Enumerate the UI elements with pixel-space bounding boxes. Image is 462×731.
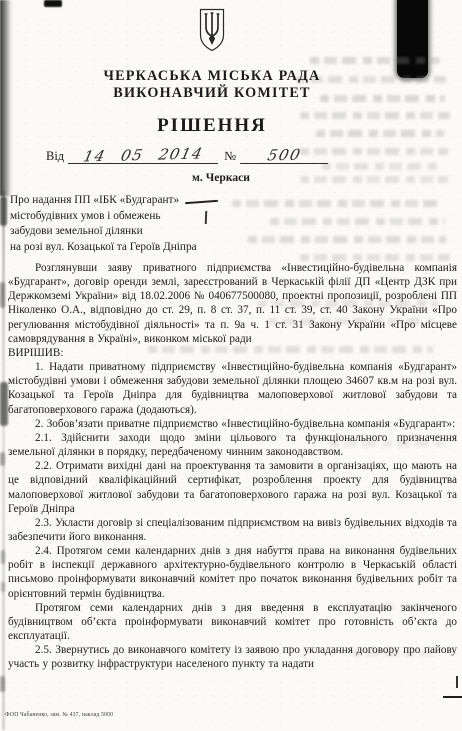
body-paragraph: 2.4. Протягом семи календарних днів з дн…: [8, 544, 457, 601]
place-line: м. Черкаси: [0, 171, 442, 184]
margin-smudge: [0, 282, 5, 308]
ukraine-trident-icon: [198, 8, 226, 52]
date-label: Від: [46, 149, 64, 163]
margin-smudge: [1, 550, 5, 564]
org-name-line1: ЧЕРКАСЬКА МІСЬКА РАДА: [0, 68, 424, 85]
footer-imprint: ФОП Чабаненко, зам. № 437, наклад 5000: [5, 711, 113, 717]
subject-line: на розі вул. Козацької та Героїв Дніпра: [10, 240, 254, 256]
body-paragraph: 2.5. Звернутись до виконавчого комітету …: [8, 643, 457, 671]
document-page: ЧЕРКАСЬКА МІСЬКА РАДА ВИКОНАВЧИЙ КОМІТЕТ…: [0, 0, 462, 731]
document-type-title: РІШЕННЯ: [0, 115, 424, 137]
page-scan: { "page": { "emblem_icon": "ukraine-trid…: [0, 0, 462, 731]
body-paragraph: Розглянувши заяву приватного підприємств…: [8, 261, 457, 346]
body-paragraph: 1. Надати приватному підприємству «Інвес…: [8, 360, 457, 417]
number-underline: 500: [240, 146, 328, 164]
bleed-through-artifact: [300, 254, 450, 261]
subject-block: Про надання ПП «ІБК «Будгарант» містобуд…: [10, 193, 254, 255]
margin-smudge: [0, 676, 5, 692]
scan-mark-artifact: [44, 0, 62, 7]
document-header: ЧЕРКАСЬКА МІСЬКА РАДА ВИКОНАВЧИЙ КОМІТЕТ…: [0, 8, 424, 137]
subject-line: містобудівних умов і обмежень: [10, 209, 254, 225]
number-value-handwritten: 500: [265, 146, 302, 165]
resolved-label: ВИРІШИВ:: [8, 346, 457, 360]
bleed-through-artifact: [248, 236, 446, 243]
pen-margin-tick-mark: [456, 676, 458, 688]
pen-end-dash-mark: [443, 696, 462, 698]
number-label: №: [224, 149, 236, 163]
body-paragraph: 2.1. Здійснити заходи щодо зміни цільово…: [8, 431, 457, 459]
document-body: Розглянувши заяву приватного підприємств…: [8, 261, 457, 672]
org-name-line2: ВИКОНАВЧИЙ КОМІТЕТ: [0, 85, 424, 102]
date-number-row: Від14 05 2014№500: [46, 146, 386, 164]
body-paragraph: 2. Зобов’язати приватне підприємство «Ін…: [8, 417, 457, 431]
date-value-handwritten: 14 05 2014: [81, 144, 205, 165]
body-paragraph: Протягом семи календарних днів з дня вве…: [8, 601, 457, 643]
margin-smudge: [0, 382, 8, 426]
bleed-through-artifact: [232, 200, 437, 207]
date-underline: 14 05 2014: [68, 146, 218, 164]
subject-line: забудови земельної ділянки: [10, 224, 254, 240]
bleed-through-artifact: [322, 163, 442, 170]
bleed-through-artifact: [270, 218, 445, 225]
margin-smudge: [0, 196, 7, 226]
body-paragraph: 2.3. Укласти договір зі спеціалізованим …: [8, 516, 457, 544]
body-paragraph: 2.2. Отримати вихідні дані на проектуван…: [8, 459, 457, 516]
margin-smudge: [1, 582, 5, 592]
margin-smudge: [0, 452, 5, 466]
